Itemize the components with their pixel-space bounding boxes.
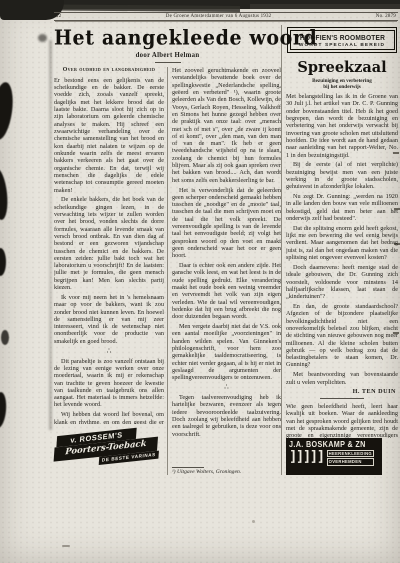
scan-ink-blob — [0, 392, 8, 429]
asterism-separator: ∴ — [172, 384, 281, 391]
spreekzaal-subtitle-line2: bij het onderwijs — [323, 84, 360, 90]
article-byline: door Albert Helman — [54, 52, 281, 59]
boskamp-ad-line1: HEERENKLEEDING — [327, 450, 374, 457]
article-paragraph: Het zooveel geruchtmakende en zooveel ve… — [172, 67, 281, 184]
letter-paragraph: Nu zegt Dr. Gunning: „werden na 1920 in … — [286, 193, 398, 222]
scan-ink-blob — [1, 330, 9, 345]
letter-paragraph: Dat die splitsing enorm geld heeft gekos… — [286, 225, 398, 262]
byline-rule — [155, 62, 181, 63]
article-paragraph: Het is verwonderlijk dat de geleerden ge… — [172, 187, 281, 260]
main-article: Het aangekleede woord door Albert Helman… — [54, 25, 281, 475]
article-paragraph: Tegen taalvereenvoudiging heb ik harteli… — [172, 394, 281, 438]
page-number: 12 — [56, 14, 61, 19]
letter-paragraph: Met belangstelling las ik in de Groene v… — [286, 93, 398, 159]
masthead: 12 De Groene Amsterdammer van 6 Augustus… — [54, 12, 398, 21]
article-paragraph: De enkele bakkers, die het boek van de s… — [54, 196, 164, 291]
article-intro-line: Over oudheid en langdradigheid — [54, 67, 164, 74]
boskamp-clothing-ad: J.A. BOSKAMP & ZN ]]]]] HEERENKLEEDING O… — [286, 438, 382, 475]
boskamp-ad-glyphs: ]]]]] — [289, 450, 324, 464]
boskamp-ad-lines: HEERENKLEEDING OVERHEMDEN — [327, 450, 374, 467]
boskamp-ad-line2: OVERHEMDEN — [327, 458, 374, 465]
scan-speck — [252, 520, 255, 523]
scan-top-edge-shade-right — [250, 4, 400, 9]
scan-ink-blob — [0, 248, 6, 276]
scan-ink-blob — [0, 81, 16, 141]
article-column-1-text: Over oudheid en langdradigheid Er beston… — [54, 67, 164, 424]
letter-paragraph: En dan, de groote standaardschool? Afgez… — [286, 303, 398, 369]
scan-ink-blob — [38, 34, 47, 42]
scan-gutter-shadow — [49, 40, 52, 430]
article-column-2-text: Het zooveel geruchtmakende en zooveel ve… — [172, 67, 281, 465]
article-columns: Over oudheid en langdradigheid Er beston… — [54, 67, 281, 475]
article-paragraph: Ik voor mij neem het in 's hemelsnaam ma… — [54, 294, 164, 345]
page-content: 12 De Groene Amsterdammer van 6 Augustus… — [54, 12, 398, 475]
spreekzaal-text: Met belangstelling las ik in de Groene v… — [286, 93, 398, 438]
scan-ink-blob — [0, 167, 10, 220]
footnote-rule — [172, 467, 204, 468]
letter-paragraph: Wie geen beleefdheid heeft, leert haar k… — [286, 403, 398, 438]
article-paragraph: Er bestond eens een gelijkenis van de sc… — [54, 77, 164, 194]
article-paragraph: Daar is echter ook een andere zijde. Het… — [172, 262, 281, 321]
right-column: HOOFIEN'S ROOMBOTER WORDT SPECIAAL BEREI… — [281, 25, 398, 475]
hoofien-ad-line1: HOOFIEN'S ROOMBOTER — [296, 33, 389, 42]
spreekzaal-title: Spreekzaal — [286, 58, 398, 76]
article-paragraph: Wij hebben dat woord lief bovenal, om kl… — [54, 411, 164, 424]
letter-paragraph: Doch daarnevens: heeft menige stad de id… — [286, 264, 398, 301]
rossem-tobacco-ad: v. ROSSEM'S Poorters-Toeback DE BESTE VA… — [52, 424, 162, 479]
letter-separator-rule — [320, 398, 364, 399]
article-headline: Het aangekleede woord — [54, 26, 281, 50]
letter-paragraph: Bij de eerste (al of niet verplichte) be… — [286, 161, 398, 190]
issue-number: No. 2879 — [376, 14, 396, 19]
article-paragraph: Dit parabeltje is zoo vanzelf ontstaan b… — [54, 358, 164, 409]
asterism-separator: ∴ — [54, 348, 164, 355]
letter-signature: H. TEN DUIN — [286, 388, 396, 395]
boskamp-ad-row: ]]]]] HEERENKLEEDING OVERHEMDEN — [289, 450, 379, 467]
spreekzaal-subtitle: Bezuiniging en verbetering bij het onder… — [286, 78, 398, 91]
newspaper-scan: 12 De Groene Amsterdammer van 6 Augustus… — [0, 0, 400, 563]
letter-closing: Met beantwoording van bovenstaande zult … — [286, 371, 398, 386]
footnote-text: ¹) Uitgave Wolters, Groningen. — [172, 469, 281, 475]
spreekzaal-subtitle-line1: Bezuiniging en verbetering — [312, 78, 372, 84]
footnote-block: ¹) Uitgave Wolters, Groningen. — [172, 465, 281, 476]
body-row: Het aangekleede woord door Albert Helman… — [54, 25, 398, 475]
article-column-2: Het zooveel geruchtmakende en zooveel ve… — [167, 67, 281, 475]
boskamp-ad-name: J.A. BOSKAMP & ZN — [289, 440, 368, 449]
article-paragraph: Men vergete daarbij niet dat de V.S. ook… — [172, 323, 281, 382]
article-column-1: Over oudheid en langdradigheid Er beston… — [54, 67, 167, 475]
scan-speck — [62, 545, 70, 547]
masthead-title: De Groene Amsterdammer van 6 Augustus 19… — [166, 14, 272, 19]
